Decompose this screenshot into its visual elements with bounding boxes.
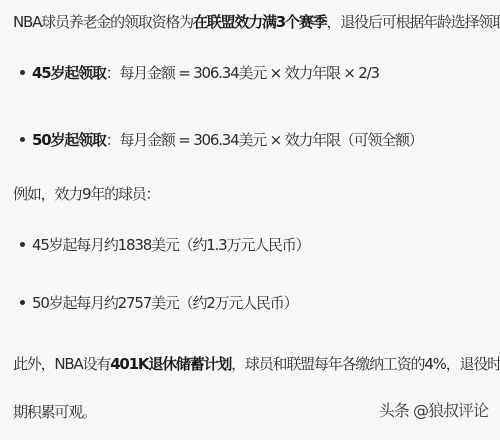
intro-paragraph: NBA球员养老金的领取资格为在联盟效力满3个赛季，退役后可根据年龄选择领取时间。: [13, 12, 500, 32]
example-text: 45岁起每月约1838美元（约1.3万元人民币）: [32, 236, 309, 254]
option-formula: ：每月金额 = 306.34美元 × 效力年限 × 2/3: [106, 64, 379, 82]
intro-prefix: NBA球员养老金的领取资格为: [13, 13, 193, 31]
example-heading: 例如，效力9年的球员：: [13, 184, 159, 204]
example-item-50: 50岁起每月约2757美元（约2万元人民币）: [20, 293, 297, 313]
option-item-45: 45岁起领取：每月金额 = 306.34美元 × 效力年限 × 2/3: [20, 63, 379, 83]
intro-suffix: ，退役后可根据年龄选择领取时间。: [326, 13, 500, 31]
closing-paragraph-line2: 期积累可观。: [13, 402, 96, 422]
closing-paragraph-line1: 此外，NBA设有401K退休储蓄计划，球员和联盟每年各缴纳工资的4%，退役时一并…: [13, 354, 500, 374]
bullet-icon: [20, 70, 25, 75]
option-formula: ：每月金额 = 306.34美元 × 效力年限（可领全额）: [106, 131, 423, 149]
intro-bold: 在联盟效力满3个赛季: [193, 13, 326, 31]
closing-suffix: ，球员和联盟每年各缴纳工资的4%，退役时一并返还，长: [231, 355, 500, 373]
option-label: 50岁起领取: [32, 131, 106, 149]
example-item-45: 45岁起每月约1838美元（约1.3万元人民币）: [20, 235, 309, 255]
closing-prefix: 此外，NBA设有: [13, 355, 110, 373]
bullet-icon: [20, 137, 25, 142]
example-text: 50岁起每月约2757美元（约2万元人民币）: [32, 294, 297, 312]
closing-bold: 401K退休储蓄计划: [110, 355, 231, 373]
option-item-50: 50岁起领取：每月金额 = 306.34美元 × 效力年限（可领全额）: [20, 130, 423, 150]
bullet-icon: [20, 242, 25, 247]
option-label: 45岁起领取: [32, 64, 106, 82]
watermark: 头条 @狼叔评论: [379, 400, 488, 422]
bullet-icon: [20, 300, 25, 305]
